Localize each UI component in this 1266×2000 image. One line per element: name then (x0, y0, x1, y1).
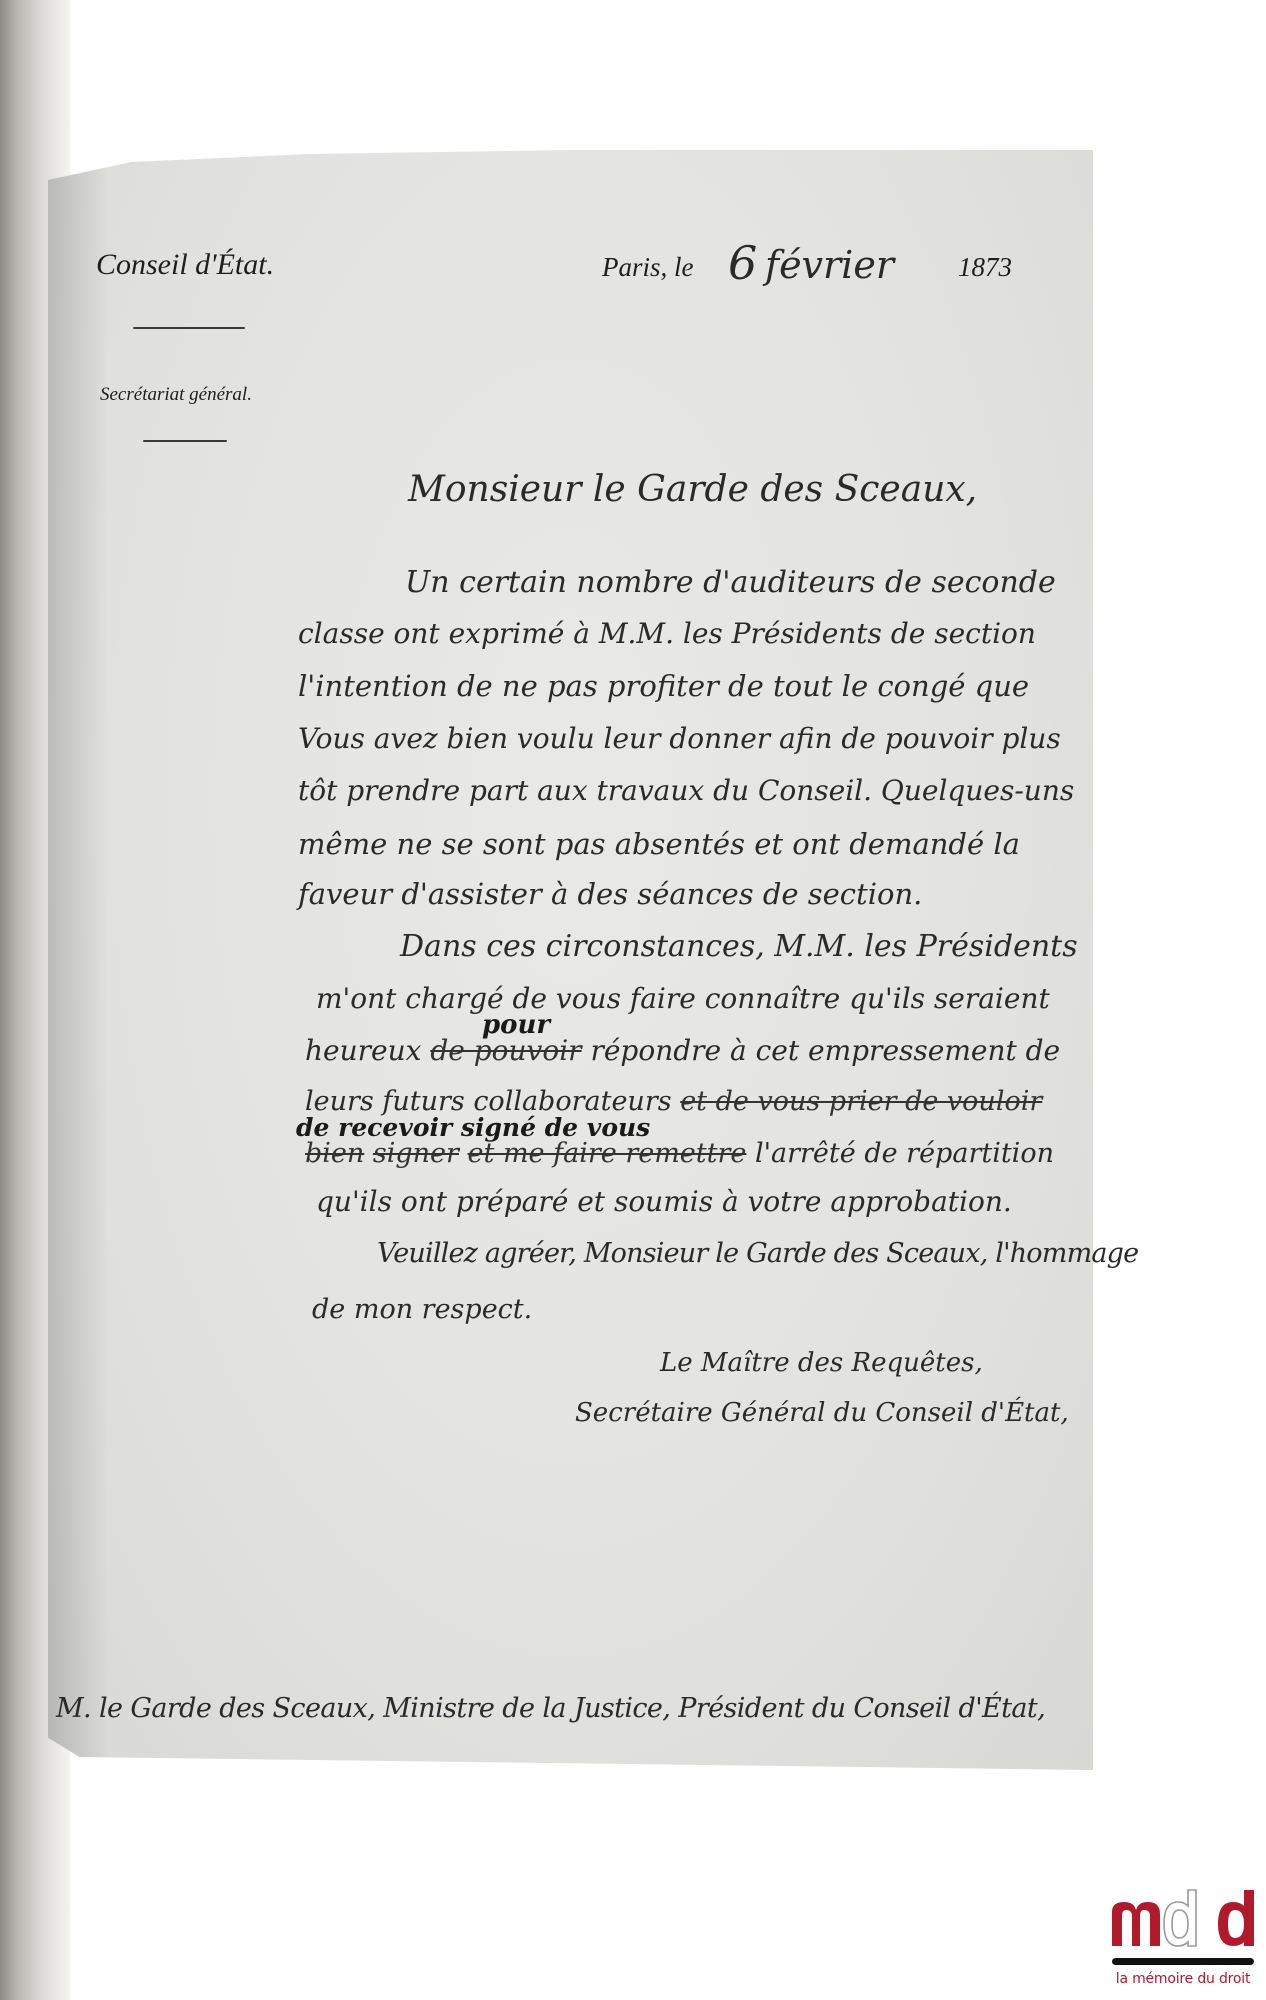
addressee-line: M. le Garde des Sceaux, Ministre de la J… (56, 1695, 1045, 1722)
place-date-prefix: Paris, le (602, 254, 694, 281)
heureux-after-text: répondre à cet empressement de (590, 1034, 1060, 1067)
mdd-logo-mark-icon (1108, 1888, 1258, 1948)
struck-text-de-pouvoir: de pouvoir (430, 1034, 581, 1067)
institution-heading: Conseil d'État. (96, 250, 274, 280)
struck-text-remettre: et me faire remettre (468, 1138, 747, 1169)
salutation: Monsieur le Garde des Sceaux, (408, 472, 977, 508)
date-day: 6 (728, 240, 757, 286)
date-year: 1873 (958, 254, 1012, 281)
department-heading: Secrétariat général. (100, 385, 252, 404)
body-line-bien: bien signer et me faire remettre l'arrêt… (305, 1140, 1054, 1167)
body-line-3: l'intention de ne pas profiter de tout l… (298, 672, 1029, 701)
body-line-1: Un certain nombre d'auditeurs de seconde (405, 568, 1056, 598)
inserted-line-de-recevoir: de recevoir signé de vous (296, 1115, 650, 1140)
mdd-logo-caption: la mémoire du droit (1108, 1971, 1258, 1987)
body-line-6: même ne se sont pas absentés et ont dema… (298, 830, 1020, 859)
body-line-4: Vous avez bien voulu leur donner afin de… (298, 725, 1061, 753)
body-line-7: faveur d'assister à des séances de secti… (298, 880, 922, 909)
body-line-leurs: leurs futurs collaborateurs et de vous p… (305, 1088, 1042, 1115)
date-month: février (765, 246, 894, 284)
struck-text-signer: signer (373, 1138, 459, 1169)
closing-line-1: Veuillez agréer, Monsieur le Garde des S… (377, 1240, 1138, 1267)
letterhead-divider-1 (133, 327, 245, 329)
struck-text-bien: bien (305, 1138, 364, 1169)
heureux-text: heureux (305, 1034, 421, 1067)
bien-after-text: l'arrêté de répartition (755, 1138, 1054, 1169)
body-line-8: Dans ces circonstances, M.M. les Préside… (400, 932, 1078, 962)
body-line-quils: qu'ils ont préparé et soumis à votre app… (316, 1188, 1012, 1216)
struck-text-prier: et de vous prier de vouloir (680, 1086, 1042, 1117)
body-line-9: m'ont chargé de vous faire connaître qu'… (316, 985, 1050, 1013)
body-line-2: classe ont exprimé à M.M. les Présidents… (298, 620, 1036, 648)
mdd-logo-bar (1112, 1958, 1254, 1965)
letterhead-divider-2 (143, 440, 227, 442)
mdd-logo: la mémoire du droit (1108, 1888, 1258, 1998)
body-line-5: tôt prendre part aux travaux du Conseil.… (298, 777, 1074, 805)
signature-title: Le Maître des Requêtes, (660, 1350, 983, 1376)
closing-line-2: de mon respect. (312, 1296, 532, 1323)
signature-role: Secrétaire Général du Conseil d'État, (575, 1400, 1069, 1426)
body-line-heureux: heureux de pouvoir répondre à cet empres… (305, 1037, 1060, 1065)
